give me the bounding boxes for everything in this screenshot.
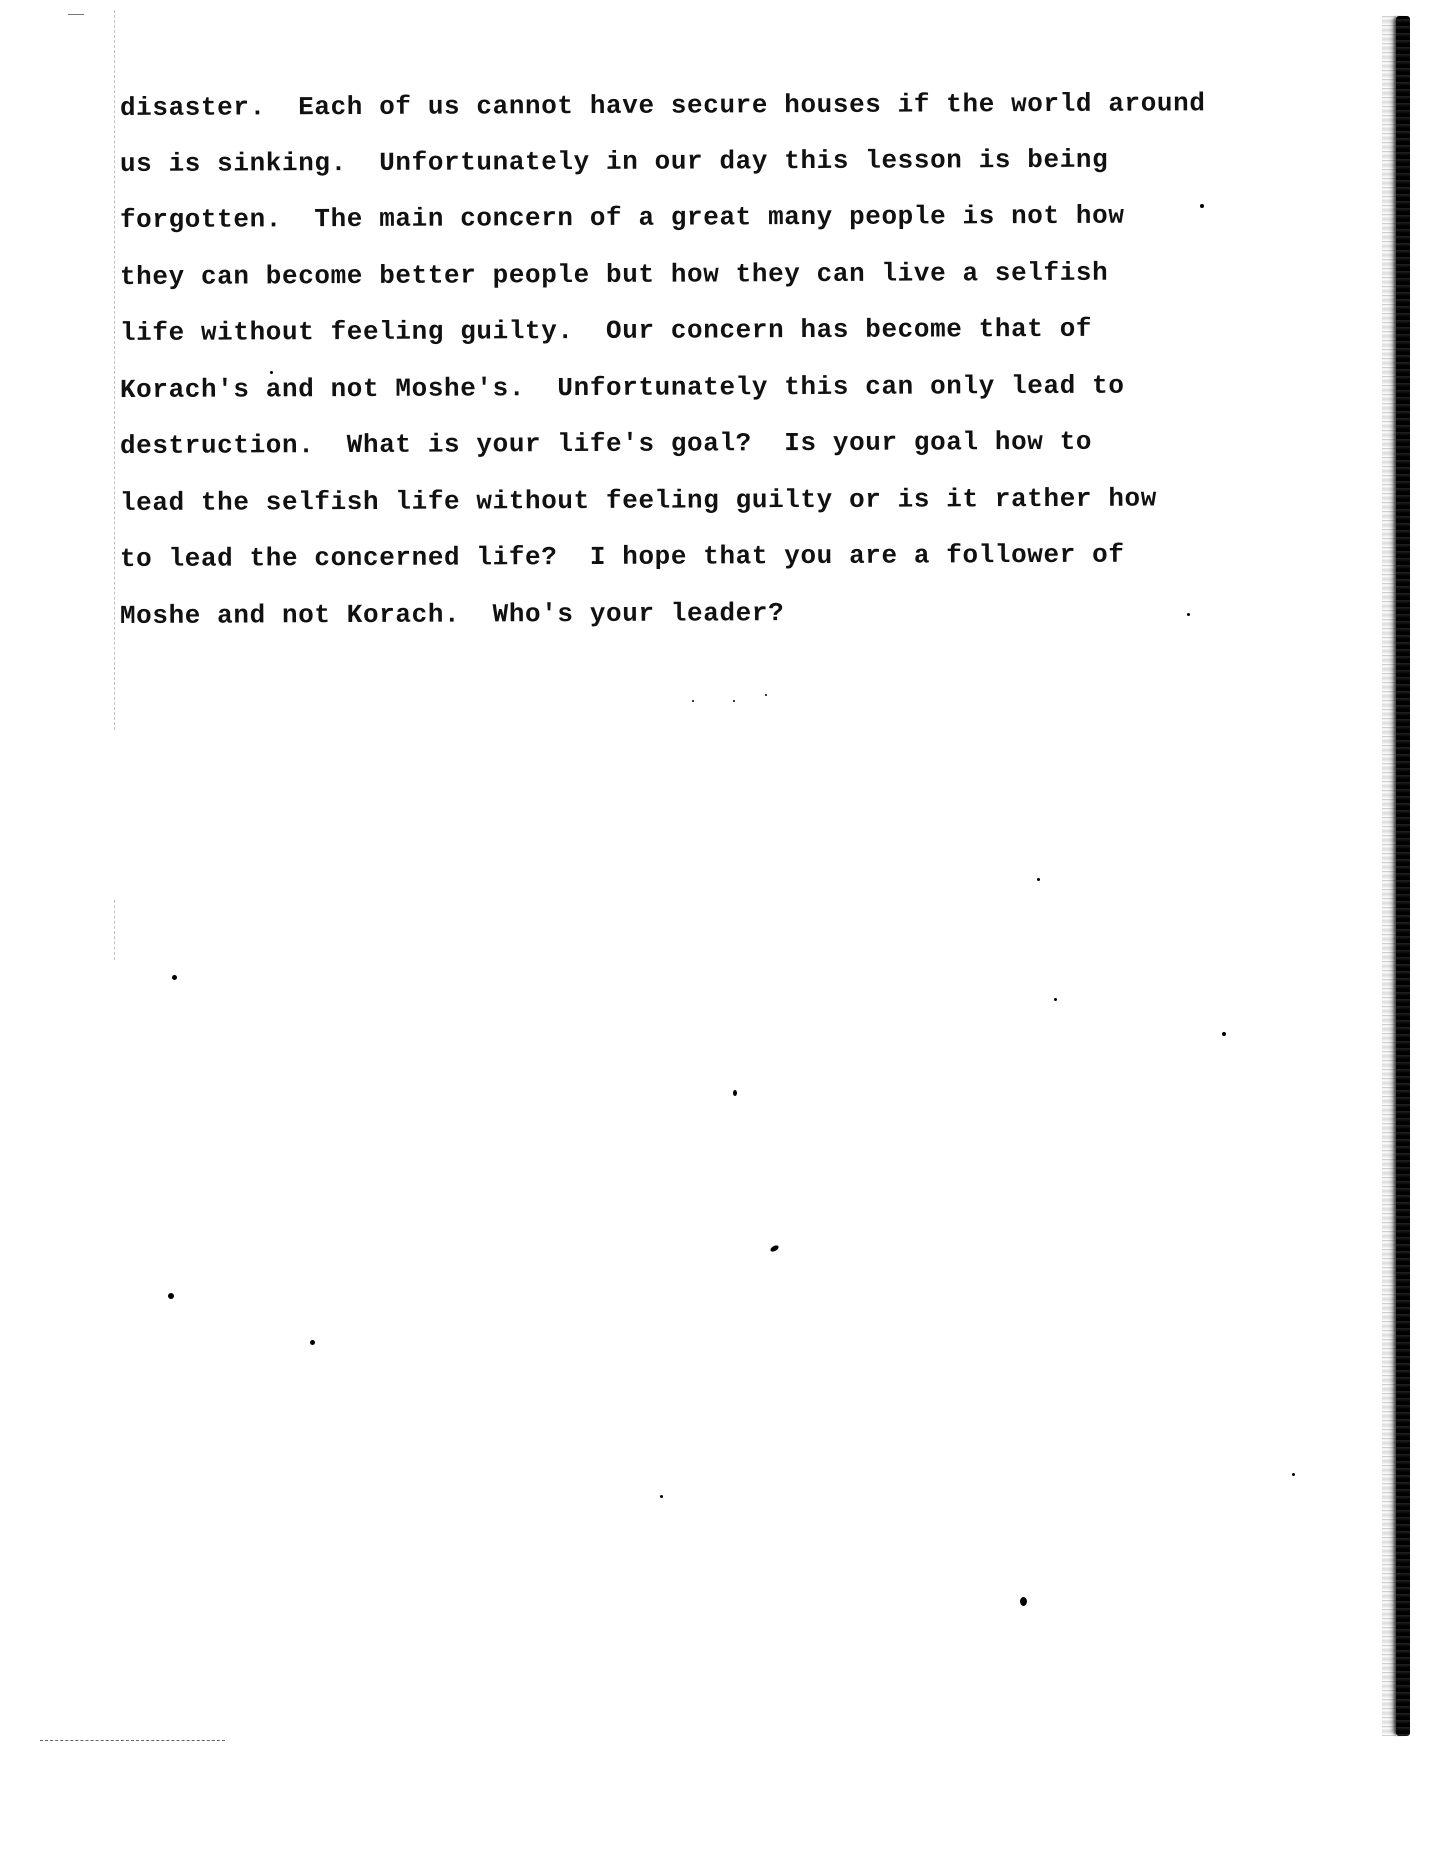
text-line: they can become better people but how th… (120, 256, 1270, 318)
scan-mark-bottom (40, 1740, 225, 1741)
text-line: lead the selfish life without feeling gu… (120, 482, 1270, 544)
scanned-page: disaster. Each of us cannot have secure … (0, 0, 1430, 1851)
scan-speck (1292, 1473, 1295, 1476)
scan-edge-shadow (1396, 16, 1410, 1736)
text-line: destruction. What is your life's goal? I… (120, 426, 1270, 488)
text-line: Moshe and not Korach. Who's your leader? (120, 595, 1270, 657)
scan-speck (1020, 1597, 1027, 1606)
text-line: forgotten. The main concern of a great m… (120, 200, 1270, 262)
body-text: disaster. Each of us cannot have secure … (120, 92, 1270, 657)
scan-speck (733, 1090, 737, 1096)
text-line: us is sinking. Unfortunately in our day … (120, 143, 1270, 205)
scan-speck (765, 694, 767, 696)
left-margin-rule-lower (114, 900, 115, 960)
scan-speck (1222, 1032, 1226, 1036)
scan-edge-noise (1382, 16, 1396, 1736)
scan-mark (68, 14, 84, 15)
text-line: disaster. Each of us cannot have secure … (120, 88, 1270, 150)
scan-speck (733, 700, 735, 702)
text-line: life without feeling guilty. Our concern… (120, 313, 1270, 375)
left-margin-rule (114, 10, 115, 730)
scan-speck (1187, 613, 1190, 616)
scan-speck (769, 1244, 779, 1253)
scan-speck (270, 371, 273, 374)
scan-speck (692, 700, 694, 702)
scan-speck (168, 1293, 174, 1299)
scan-speck (1054, 998, 1057, 1001)
scan-speck (1037, 878, 1040, 881)
scan-speck (1200, 204, 1204, 208)
text-line: Korach's and not Moshe's. Unfortunately … (120, 369, 1270, 431)
scan-speck (172, 975, 177, 980)
scan-speck (310, 1340, 315, 1345)
scan-speck (660, 1495, 663, 1498)
text-line: to lead the concerned life? I hope that … (120, 539, 1270, 601)
